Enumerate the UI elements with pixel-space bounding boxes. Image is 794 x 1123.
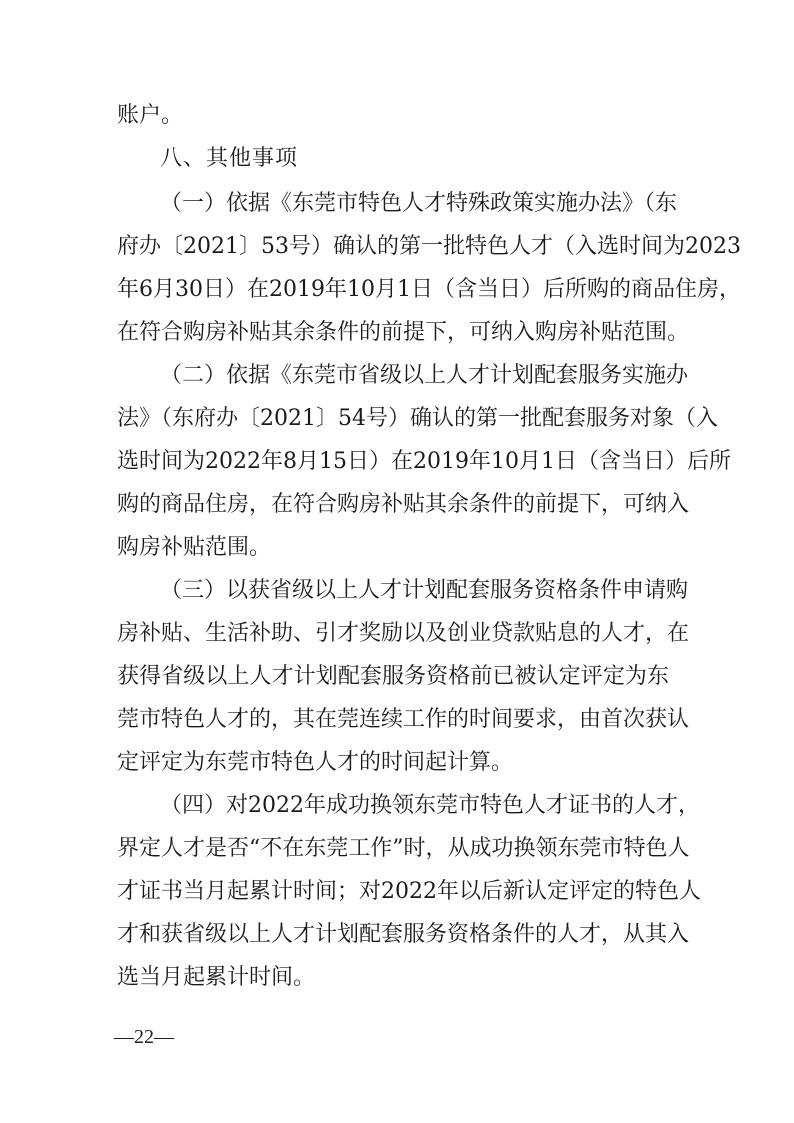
paragraph-line: （四）对2022年成功换领东莞市特色人才证书的人才， [160,786,669,826]
paragraph-line: （二）依据《东莞市省级以上人才计划配套服务实施办 [160,356,669,396]
paragraph-line: 界定人才是否“不在东莞工作”时，从成功换领东莞市特色人 [117,829,669,869]
paragraph-line: 购的商品住房，在符合购房补贴其余条件的前提下，可纳入 [117,485,669,525]
page-number: —22— [114,1026,174,1049]
paragraph-line: 选当月起累计时间。 [117,958,669,998]
paragraph-line: （三）以获省级以上人才计划配套服务资格条件申请购 [160,571,669,611]
paragraph-line: 才证书当月起累计时间；对2022年以后新认定评定的特色人 [117,872,669,912]
paragraph-line: 才和获省级以上人才计划配套服务资格条件的人才，从其入 [117,915,669,955]
paragraph-line: 定评定为东莞市特色人才的时间起计算。 [117,743,669,783]
paragraph-line: 年6月30日）在2019年10月1日（含当日）后所购的商品住房， [117,270,669,310]
paragraph-line: 账户。 [117,96,669,136]
paragraph-line: （一）依据《东莞市特色人才特殊政策实施办法》（东 [160,184,669,224]
paragraph-line: 法》（东府办〔2021〕54号）确认的第一批配套服务对象（入 [117,399,669,439]
paragraph-line: 房补贴、生活补助、引才奖励以及创业贷款贴息的人才，在 [117,614,669,654]
document-page: 账户。八、其他事项（一）依据《东莞市特色人才特殊政策实施办法》（东府办〔2021… [0,0,794,1123]
paragraph-line: 购房补贴范围。 [117,528,669,568]
paragraph-line: 府办〔2021〕53号）确认的第一批特色人才（入选时间为2023 [117,227,669,267]
paragraph-line: 选时间为2022年8月15日）在2019年10月1日（含当日）后所 [117,442,669,482]
paragraph-line: 莞市特色人才的，其在莞连续工作的时间要求，由首次获认 [117,700,669,740]
paragraph-line: 在符合购房补贴其余条件的前提下，可纳入购房补贴范围。 [117,313,669,353]
paragraph-line: 获得省级以上人才计划配套服务资格前已被认定评定为东 [117,657,669,697]
section-heading: 八、其他事项 [160,139,669,179]
